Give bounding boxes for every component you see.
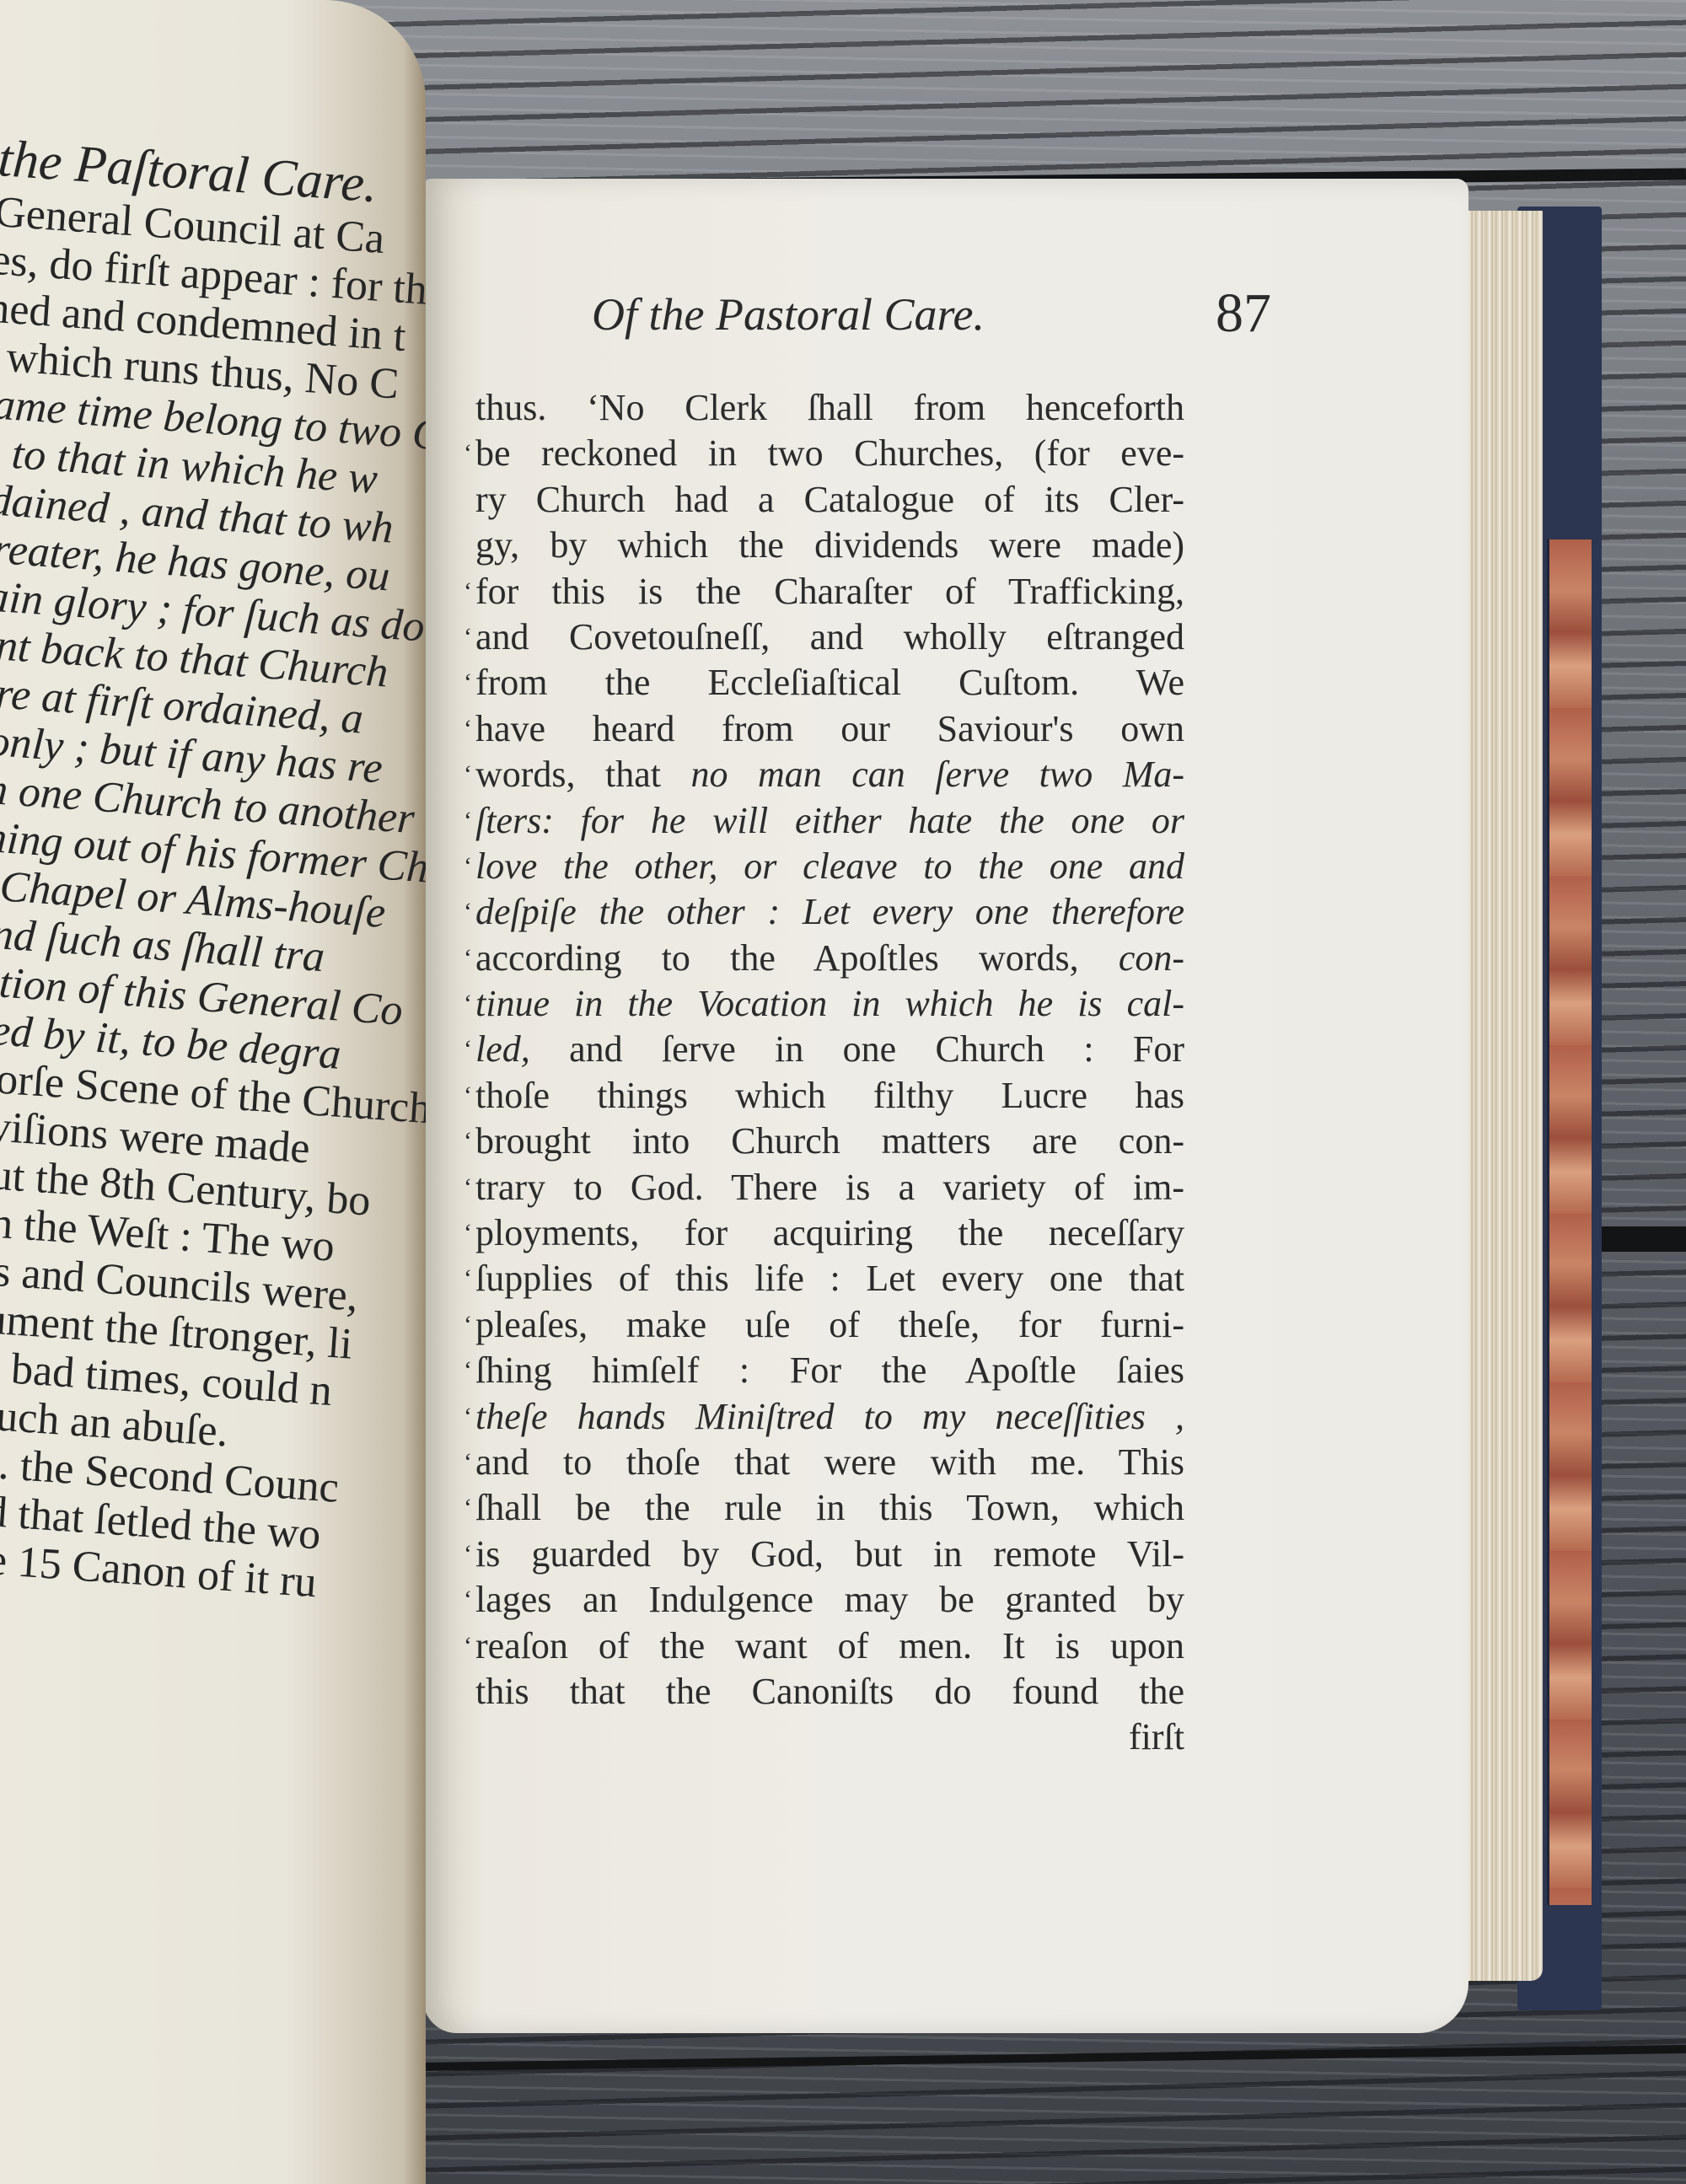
left-page-body: the Paſtoral Care. General Council at Ca… <box>0 135 426 1608</box>
text-line: ‘trary to God. There is a variety of im- <box>464 1165 1184 1210</box>
quote-mark: ‘ <box>464 1577 475 1623</box>
marbled-cover-edge <box>1547 539 1592 1905</box>
text-line: ‘for this is the Charaſter of Traffickin… <box>464 569 1184 614</box>
quote-mark: ‘ <box>464 936 475 981</box>
quote-mark: ‘ <box>464 1348 475 1393</box>
text-line: thus. ‘No Clerk ſhall from henceforth <box>464 385 1184 431</box>
quote-mark: ‘ <box>464 1027 475 1072</box>
text-line: ‘led, and ſerve in one Church : For <box>464 1027 1184 1072</box>
catchword: firſt <box>464 1714 1184 1760</box>
quote-mark: ‘ <box>464 1165 475 1210</box>
text-line: ‘brought into Church matters are con- <box>464 1119 1184 1164</box>
quote-mark: ‘ <box>464 706 475 752</box>
text-line: ry Church had a Catalogue of its Cler- <box>464 477 1184 523</box>
text-line: ‘lages an Indulgence may be granted by <box>464 1577 1184 1623</box>
quote-mark: ‘ <box>464 660 475 706</box>
text-line: ‘deſpiſe the other : Let every one there… <box>464 889 1184 935</box>
quote-mark: ‘ <box>464 1302 475 1348</box>
text-line: ‘ſhall be the rule in this Town, which <box>464 1485 1184 1531</box>
quote-mark: ‘ <box>464 1485 475 1531</box>
quote-mark: ‘ <box>464 1119 475 1164</box>
text-line: gy, by which the dividends were made) <box>464 523 1184 568</box>
quote-mark: ‘ <box>464 431 475 476</box>
text-line: ‘and Covetouſneſſ, and wholly eſtranged <box>464 614 1184 660</box>
text-line: ‘reaſon of the want of men. It is upon <box>464 1623 1184 1669</box>
quote-mark: ‘ <box>464 1073 475 1119</box>
text-line: ‘according to the Apoſtles words, con- <box>464 936 1184 981</box>
quote-mark: ‘ <box>464 1256 475 1301</box>
quote-mark: ‘ <box>464 569 475 614</box>
text-line: ‘pleaſes, make uſe of theſe, for furni- <box>464 1302 1184 1348</box>
text-line: ‘ſhing himſelf : For the Apoſtle ſaies <box>464 1348 1184 1393</box>
text-line: ‘have heard from our Saviour's own <box>464 706 1184 752</box>
quote-mark: ‘ <box>464 1623 475 1669</box>
left-page: the Paſtoral Care. General Council at Ca… <box>0 0 426 2184</box>
text-line: this that the Canoniſts do found the <box>464 1669 1184 1714</box>
quote-mark: ‘ <box>464 1440 475 1485</box>
quote-mark: ‘ <box>464 1210 475 1256</box>
right-page-body: thus. ‘No Clerk ſhall from henceforth‘be… <box>464 385 1184 1761</box>
text-line: ‘ſters: for he will either hate the one … <box>464 798 1184 844</box>
quote-mark: ‘ <box>464 889 475 935</box>
text-line: ‘love the other, or cleave to the one an… <box>464 844 1184 889</box>
page-number: 87 <box>1216 282 1271 346</box>
text-line: ‘tinue in the Vocation in which he is ca… <box>464 981 1184 1027</box>
text-line: ‘ſupplies of this life : Let every one t… <box>464 1256 1184 1301</box>
text-line: ‘words, that no man can ſerve two Ma- <box>464 752 1184 797</box>
quote-mark: ‘ <box>464 1532 475 1577</box>
quote-mark: ‘ <box>464 752 475 797</box>
text-line: ‘from the Eccleſiaſtical Cuſtom. We <box>464 660 1184 706</box>
quote-mark: ‘ <box>464 614 475 660</box>
text-line: ‘be reckoned in two Churches, (for eve- <box>464 431 1184 476</box>
text-line: ‘thoſe things which filthy Lucre has <box>464 1073 1184 1119</box>
text-line: ‘theſe hands Miniſtred to my neceſſities… <box>464 1394 1184 1440</box>
text-line: ‘is guarded by God, but in remote Vil- <box>464 1532 1184 1577</box>
running-head-title: Of the Pastoral Care. <box>592 288 985 341</box>
quote-mark: ‘ <box>464 798 475 844</box>
text-line: ‘ployments, for acquiring the neceſſary <box>464 1210 1184 1256</box>
quote-mark: ‘ <box>464 844 475 889</box>
right-page: Of the Pastoral Care. 87 thus. ‘No Clerk… <box>423 179 1469 2033</box>
quote-mark: ‘ <box>464 1394 475 1440</box>
quote-mark: ‘ <box>464 981 475 1027</box>
text-line: ‘and to thoſe that were with me. This <box>464 1440 1184 1485</box>
page-block-edges <box>1463 211 1543 1981</box>
